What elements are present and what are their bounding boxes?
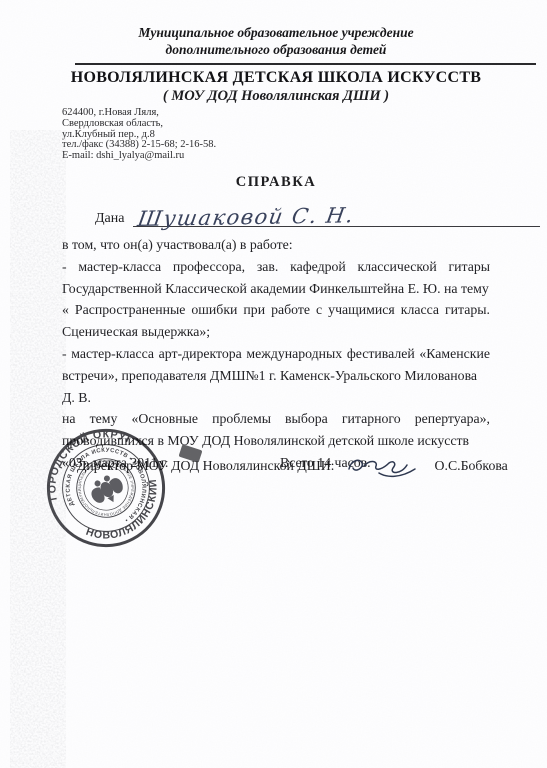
body-line: Сценическая выдержка»; [62,321,490,343]
document-title: СПРАВКА [62,174,490,191]
recipient-underline: Шушаковой С. Н. [133,200,540,227]
body-line: - мастер-класса профессора, зав. кафедро… [62,256,490,278]
address-line: E-mail: dshi_lyalya@mail.ru [62,151,490,162]
handwritten-recipient-name: Шушаковой С. Н. [136,203,356,231]
body-intro: в том, что он(а) участвовал(а) в работе: [62,234,490,256]
signature-scribble [345,452,419,480]
director-name: О.С.Бобкова [435,458,508,474]
address-line: Свердловская область, [62,119,490,130]
given-label: Дана [62,211,124,227]
address-block: 624400, г.Новая Ляля, Свердловская облас… [62,108,490,162]
org-name-line1: Муниципальное образовательное учреждение [62,24,490,41]
given-row: Дана Шушаковой С. Н. [62,201,490,227]
school-abbreviation: ( МОУ ДОД Новолялинская ДШИ ) [62,87,490,105]
body-line: встречи», преподавателя ДМШ№1 г. Каменск… [62,365,490,409]
org-name-line2: дополнительного образования детей [62,41,490,58]
school-name: НОВОЛЯЛИНСКАЯ ДЕТСКАЯ ШКОЛА ИСКУССТВ [62,68,490,87]
document-page: Муниципальное образовательное учреждение… [0,0,547,768]
body-line: « Распространенные ошибки при работе с у… [62,299,490,321]
body-line: - мастер-класса арт-директора международ… [62,343,490,365]
body-line: Государственной Классической академии Фи… [62,278,490,300]
letterhead-divider [75,63,536,65]
